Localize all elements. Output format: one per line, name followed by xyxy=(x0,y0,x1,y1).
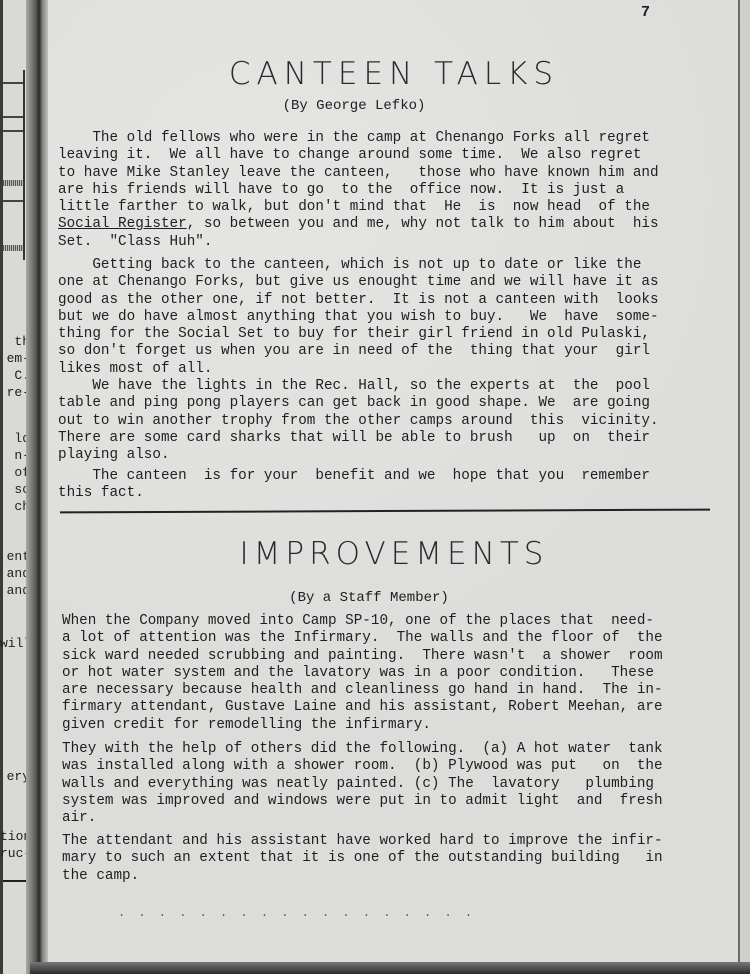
article-byline-improvements: (By a Staff Member) xyxy=(23,590,715,606)
text-line: sick ward needed scrubbing and painting.… xyxy=(62,648,663,665)
page-bottom-edge xyxy=(30,962,750,974)
text-line: When the Company moved into Camp SP-10, … xyxy=(62,613,663,630)
page-number: 7 xyxy=(641,4,650,21)
section-divider xyxy=(60,509,710,514)
paragraph: The canteen is for your benefit and we h… xyxy=(58,468,650,503)
text-line: likes most of all. xyxy=(58,361,659,378)
text-line: a lot of attention was the Infirmary. Th… xyxy=(62,630,663,647)
paragraph: The attendant and his assistant have wor… xyxy=(62,833,663,885)
text-line: The old fellows who were in the camp at … xyxy=(58,130,659,147)
text-line: to have Mike Stanley leave the canteen, … xyxy=(58,165,659,182)
text-line: Getting back to the canteen, which is no… xyxy=(58,257,659,274)
text-line: leaving it. We all have to change around… xyxy=(58,147,659,164)
text-line: good as the other one, if not better. It… xyxy=(58,292,659,309)
article-byline-canteen-talks: (By George Lefko) xyxy=(8,98,700,114)
paragraph: The old fellows who were in the camp at … xyxy=(58,130,659,251)
text-line: mary to such an extent that it is one of… xyxy=(62,850,663,867)
text-line: There are some card sharks that will be … xyxy=(58,430,659,447)
text-line: Set. "Class Huh". xyxy=(58,234,659,251)
text-line: little farther to walk, but don't mind t… xyxy=(58,199,659,216)
text-line: the camp. xyxy=(62,868,663,885)
text-line: firmary attendant, Gustave Laine and his… xyxy=(62,699,663,716)
text-line: out to win another trophy from the other… xyxy=(58,413,659,430)
text-line: The canteen is for your benefit and we h… xyxy=(58,468,650,485)
text-line: one at Chenango Forks, but give us enoug… xyxy=(58,274,659,291)
text-line: We have the lights in the Rec. Hall, so … xyxy=(58,378,659,395)
page-right-edge xyxy=(738,0,740,974)
text-line: air. xyxy=(62,810,663,827)
text-line: are his friends will have to go to the o… xyxy=(58,182,659,199)
end-of-article-dots: . . . . . . . . . . . . . . . . . . xyxy=(118,906,475,920)
underlined-phrase: Social Register xyxy=(58,216,187,232)
text-line: was installed along with a shower room. … xyxy=(62,758,663,775)
paragraph: When the Company moved into Camp SP-10, … xyxy=(62,613,663,734)
text-line: table and ping pong players can get back… xyxy=(58,395,659,412)
text-line: walls and everything was neatly painted.… xyxy=(62,776,663,793)
text-line: so don't forget us when you are in need … xyxy=(58,343,659,360)
text-line: thing for the Social Set to buy for thei… xyxy=(58,326,659,343)
paragraph: Getting back to the canteen, which is no… xyxy=(58,257,659,378)
text-line: are necessary because health and cleanli… xyxy=(62,682,663,699)
text-line: playing also. xyxy=(58,447,659,464)
paragraph: They with the help of others did the fol… xyxy=(62,741,663,827)
text-line: The attendant and his assistant have wor… xyxy=(62,833,663,850)
text-line: but we do have almost anything that you … xyxy=(58,309,659,326)
book-binding-shadow xyxy=(26,0,50,974)
text-line: or hot water system and the lavatory was… xyxy=(62,665,663,682)
paragraph: We have the lights in the Rec. Hall, so … xyxy=(58,378,659,464)
text-line: Social Register, so between you and me, … xyxy=(58,216,659,233)
text-line: They with the help of others did the fol… xyxy=(62,741,663,758)
document-page: 7 CANTEEN TALKS (By George Lefko) The ol… xyxy=(48,0,740,962)
article-title-improvements: IMPROVEMENTS xyxy=(48,536,740,572)
text-line: system was improved and windows were put… xyxy=(62,793,663,810)
text-line: this fact. xyxy=(58,485,650,502)
text-line: given credit for remodelling the infirma… xyxy=(62,717,663,734)
article-title-canteen-talks: CANTEEN TALKS xyxy=(48,56,740,92)
